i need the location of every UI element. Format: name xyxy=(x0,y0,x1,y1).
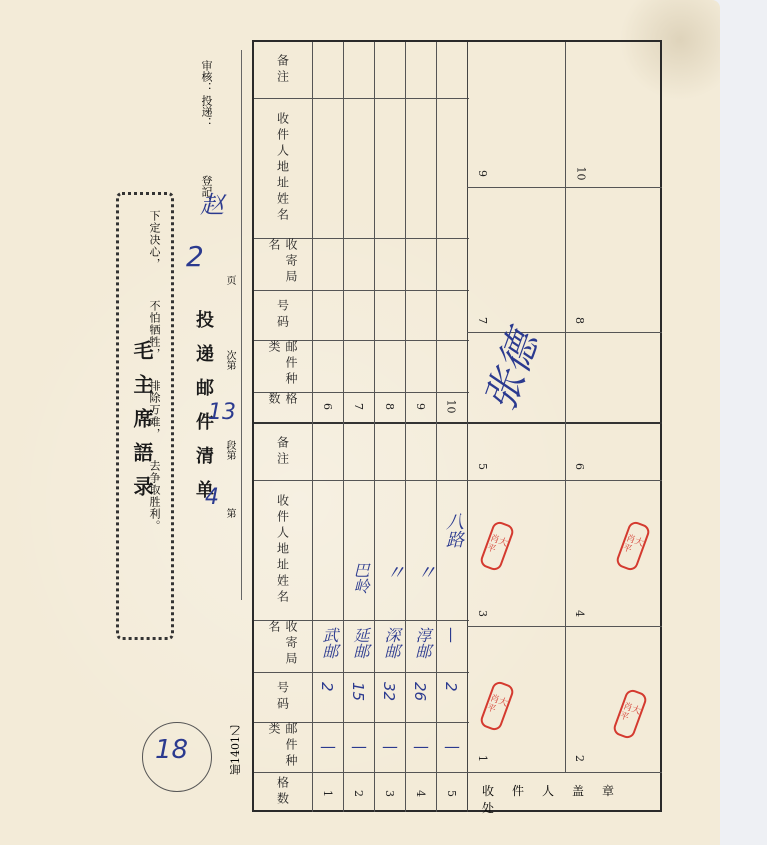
subtitle-order: 次第 xyxy=(222,350,237,370)
col-header-office-2: 收寄局名 xyxy=(254,620,312,672)
row4-recipient: 〃 xyxy=(411,562,440,582)
col-header-no-2: 格数 xyxy=(254,772,312,812)
receipt-cell-2: 2 xyxy=(573,755,586,762)
col-header-type-2: 邮件种类 xyxy=(254,722,312,772)
row4-office: 淳邮 xyxy=(411,627,434,659)
row5-type: — xyxy=(444,737,460,756)
row4-type: — xyxy=(413,737,429,756)
col-header-office: 收寄局名 xyxy=(254,238,312,290)
handwritten-register: 2 xyxy=(186,240,204,273)
row-number-9: 9 xyxy=(414,403,427,410)
row3-recipient: 〃 xyxy=(380,562,409,582)
subtitle-prefix: 第 xyxy=(222,508,237,518)
receipt-cell-10: 10 xyxy=(575,167,588,181)
handwritten-segment: 4 xyxy=(205,485,219,510)
slogan-quote-4: 去争取胜利。 xyxy=(146,460,162,532)
stamp-3: 肖大平 xyxy=(478,520,515,573)
stamp-1: 肖大平 xyxy=(478,680,515,733)
deliverer-label: 投递： xyxy=(198,95,214,128)
row3-type: — xyxy=(382,737,398,756)
row3-code: 32 xyxy=(380,682,398,701)
col-header-no: 格数 xyxy=(254,392,312,422)
col-header-code: 号码 xyxy=(254,290,312,340)
receipt-cell-4: 4 xyxy=(573,610,586,617)
receipt-label-text: 收件人盖章处 xyxy=(482,782,652,816)
subtitle-page: 页 xyxy=(222,275,237,285)
row2-code: 15 xyxy=(349,682,367,701)
row-number-6: 6 xyxy=(321,403,334,410)
handwritten-deliverer: 赵 xyxy=(200,185,224,220)
row-number-2: 2 xyxy=(352,790,365,797)
receipt-cell-9: 9 xyxy=(476,170,489,177)
receipt-cell-7: 7 xyxy=(476,317,489,324)
row2-recipient: 巴岭 xyxy=(349,562,372,594)
col-header-note-2: 备注 xyxy=(254,424,312,480)
scanned-form-page: 毛主席語录 下定决心， 不怕牺牲， 排除万难， 去争取胜利。 投递邮件清单 第 … xyxy=(0,0,720,845)
handwritten-order: 13 xyxy=(208,400,236,425)
stamp-2: 肖大平 xyxy=(611,688,648,741)
receipt-cell-8: 8 xyxy=(573,317,586,324)
col-header-recipient-2: 收件人地址姓名 xyxy=(254,480,312,620)
receipt-cell-3: 3 xyxy=(476,610,489,617)
row-number-7: 7 xyxy=(352,403,365,410)
row-number-5: 5 xyxy=(445,790,458,797)
row5-recipient: 八路 xyxy=(440,512,466,548)
row-number-8: 8 xyxy=(383,403,396,410)
row3-office: 深邮 xyxy=(380,627,403,659)
row5-code: 2 xyxy=(442,682,460,692)
receipt-cell-1: 1 xyxy=(476,755,489,762)
reviewer-label: 审核： xyxy=(198,60,214,93)
receipt-cell-5: 5 xyxy=(476,463,489,470)
slogan-quote-2: 不怕牺牲， xyxy=(146,300,162,360)
handwritten-signature: 张德 xyxy=(469,323,550,418)
col-header-type: 邮件种类 xyxy=(254,340,312,392)
row5-office: — xyxy=(442,627,461,643)
row1-code: 2 xyxy=(318,682,336,692)
col-header-recipient: 收件人地址姓名 xyxy=(254,98,312,238)
row2-office: 延邮 xyxy=(349,627,372,659)
subtitle-segment: 段第 xyxy=(222,440,237,460)
receipt-cell-6: 6 xyxy=(573,463,586,470)
circled-mark-value: 18 xyxy=(155,735,188,765)
slogan-quote-1: 下定决心， xyxy=(146,210,162,270)
row4-code: 26 xyxy=(411,682,429,701)
row-number-10: 10 xyxy=(445,400,458,414)
row1-office: 武邮 xyxy=(318,627,341,659)
col-header-note: 备注 xyxy=(254,42,312,98)
delivery-table: 备注 收件人地址姓名 收寄局名 号码 邮件种类 格数 备注 收件人地址姓名 收寄… xyxy=(252,40,662,812)
form-number: 邮1401乙 xyxy=(228,725,244,775)
row1-type: — xyxy=(320,737,336,756)
row-number-3: 3 xyxy=(383,790,396,797)
stamp-4: 肖大平 xyxy=(614,520,651,573)
row-number-1: 1 xyxy=(321,790,334,797)
row-number-4: 4 xyxy=(414,790,427,797)
title-underline xyxy=(241,50,242,600)
row2-type: — xyxy=(351,737,367,756)
slogan-quote-3: 排除万难， xyxy=(146,380,162,440)
col-header-code-2: 号码 xyxy=(254,672,312,722)
